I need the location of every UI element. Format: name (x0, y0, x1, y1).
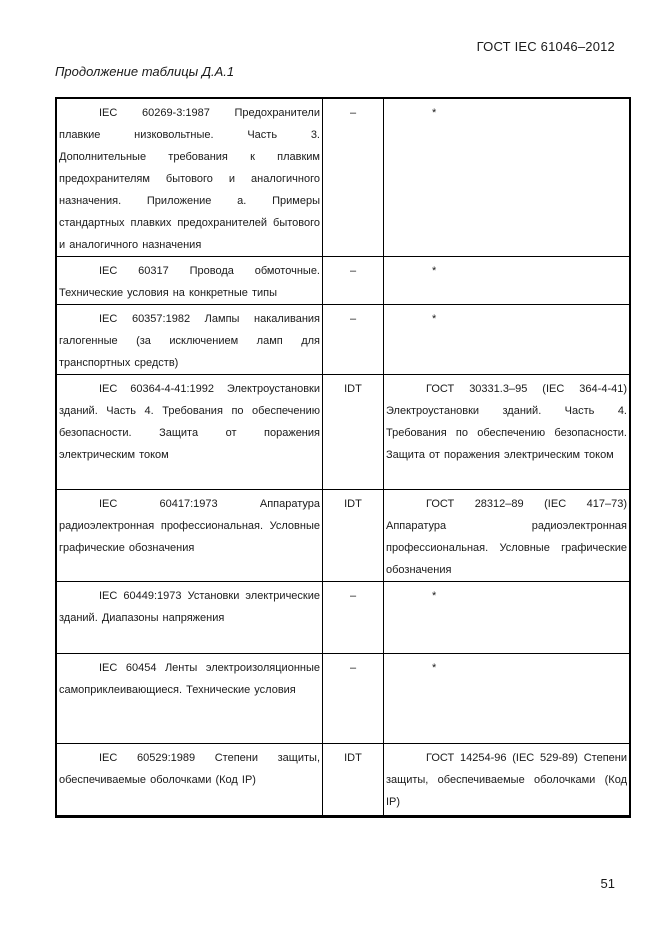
conformity-degree-text: IDT (325, 747, 381, 769)
table-row: IEC 60454 Ленты электроизоляционные само… (56, 654, 630, 744)
iec-standard-text: IEC 60364-4-41:1992 Электроустановки зда… (59, 378, 320, 466)
iec-standard-text: IEC 60317 Провода обмоточные. Технически… (59, 260, 320, 304)
cell-iec-standard: IEC 60317 Провода обмоточные. Технически… (56, 257, 323, 305)
conformity-degree-text: – (325, 657, 381, 679)
cell-conformity-degree: IDT (323, 490, 384, 582)
iec-standard-text: IEC 60449:1973 Установки электрические з… (59, 585, 320, 629)
table-row: IEC 60364-4-41:1992 Электроустановки зда… (56, 375, 630, 490)
cell-iec-standard: IEC 60454 Ленты электроизоляционные само… (56, 654, 323, 744)
cell-conformity-degree: – (323, 305, 384, 375)
cell-conformity-degree: IDT (323, 375, 384, 490)
cell-conformity-degree: IDT (323, 744, 384, 817)
iec-standard-text: IEC 60529:1989 Степени защиты, обеспечив… (59, 747, 320, 791)
table-caption: Продолжение таблицы Д.А.1 (55, 64, 234, 79)
conformity-degree-text: – (325, 585, 381, 607)
cell-conformity-degree: – (323, 257, 384, 305)
cell-iec-standard: IEC 60529:1989 Степени защиты, обеспечив… (56, 744, 323, 817)
cell-iec-standard: IEC 60417:1973 Аппаратура радиоэлектронн… (56, 490, 323, 582)
conformity-degree-text: – (325, 308, 381, 330)
standards-correspondence-table: IEC 60269-3:1987 Предохранители плавкие … (55, 97, 631, 818)
gost-standard-text: * (386, 102, 627, 124)
page-number: 51 (601, 876, 615, 891)
table-row: IEC 60357:1982 Лампы накаливания галоген… (56, 305, 630, 375)
iec-standard-text: IEC 60357:1982 Лампы накаливания галоген… (59, 308, 320, 374)
iec-standard-text: IEC 60269-3:1987 Предохранители плавкие … (59, 102, 320, 256)
gost-standard-text: ГОСТ 28312–89 (IEC 417–73) Аппаратура ра… (386, 493, 627, 581)
gost-standard-text: * (386, 308, 627, 330)
conformity-degree-text: – (325, 260, 381, 282)
iec-standard-text: IEC 60417:1973 Аппаратура радиоэлектронн… (59, 493, 320, 559)
table-body: IEC 60269-3:1987 Предохранители плавкие … (56, 98, 630, 817)
cell-gost-standard: * (384, 257, 631, 305)
cell-conformity-degree: – (323, 98, 384, 257)
table-row: IEC 60269-3:1987 Предохранители плавкие … (56, 98, 630, 257)
gost-standard-text: ГОСТ 14254-96 (IEC 529-89) Степени защит… (386, 747, 627, 813)
gost-standard-text: ГОСТ 30331.3–95 (IEC 364-4-41) Электроус… (386, 378, 627, 466)
cell-gost-standard: * (384, 654, 631, 744)
cell-conformity-degree: – (323, 582, 384, 654)
cell-gost-standard: * (384, 582, 631, 654)
cell-gost-standard: * (384, 98, 631, 257)
gost-standard-text: * (386, 657, 627, 679)
table-row: IEC 60449:1973 Установки электрические з… (56, 582, 630, 654)
table-row: IEC 60317 Провода обмоточные. Технически… (56, 257, 630, 305)
table-row: IEC 60417:1973 Аппаратура радиоэлектронн… (56, 490, 630, 582)
gost-standard-text: * (386, 585, 627, 607)
cell-conformity-degree: – (323, 654, 384, 744)
cell-gost-standard: ГОСТ 28312–89 (IEC 417–73) Аппаратура ра… (384, 490, 631, 582)
cell-gost-standard: ГОСТ 14254-96 (IEC 529-89) Степени защит… (384, 744, 631, 817)
cell-gost-standard: * (384, 305, 631, 375)
gost-standard-text: * (386, 260, 627, 282)
cell-iec-standard: IEC 60269-3:1987 Предохранители плавкие … (56, 98, 323, 257)
cell-iec-standard: IEC 60364-4-41:1992 Электроустановки зда… (56, 375, 323, 490)
document-page: ГОСТ IEC 61046–2012 Продолжение таблицы … (0, 0, 661, 936)
cell-gost-standard: ГОСТ 30331.3–95 (IEC 364-4-41) Электроус… (384, 375, 631, 490)
cell-iec-standard: IEC 60449:1973 Установки электрические з… (56, 582, 323, 654)
conformity-degree-text: IDT (325, 378, 381, 400)
document-header: ГОСТ IEC 61046–2012 (477, 39, 615, 54)
conformity-degree-text: – (325, 102, 381, 124)
iec-standard-text: IEC 60454 Ленты электроизоляционные само… (59, 657, 320, 701)
table-row: IEC 60529:1989 Степени защиты, обеспечив… (56, 744, 630, 817)
cell-iec-standard: IEC 60357:1982 Лампы накаливания галоген… (56, 305, 323, 375)
conformity-degree-text: IDT (325, 493, 381, 515)
